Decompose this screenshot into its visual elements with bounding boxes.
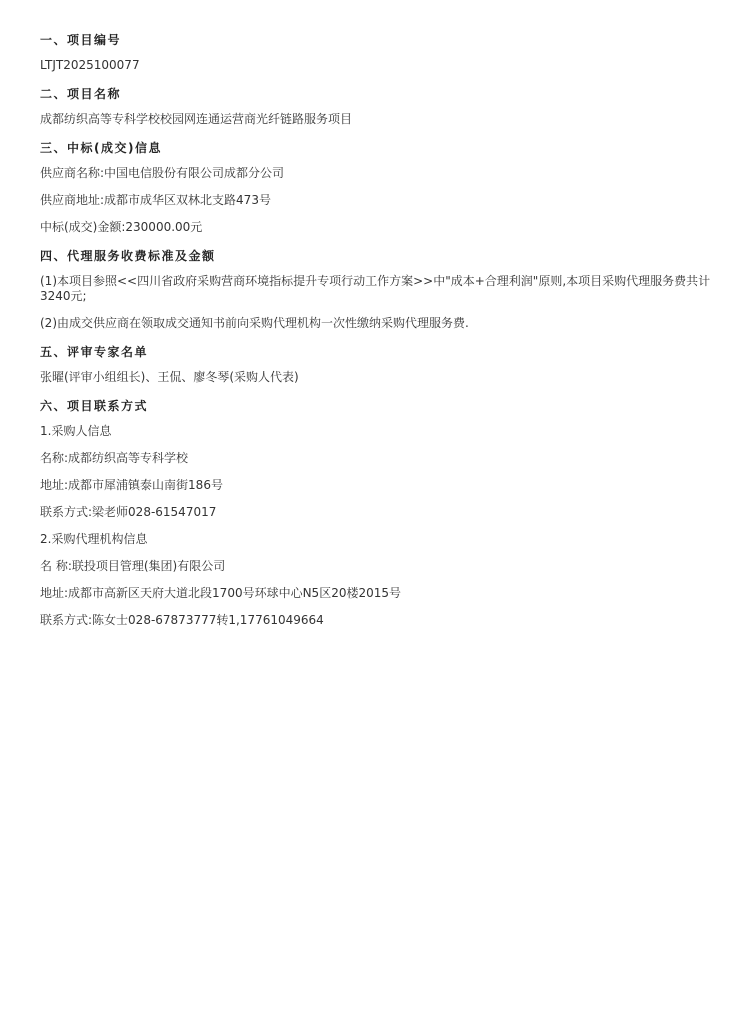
section-heading-project-name: 二、项目名称 <box>40 85 714 103</box>
section-heading-project-number: 一、项目编号 <box>40 31 714 49</box>
bid-amount: 中标(成交)金额:230000.00元 <box>40 220 714 235</box>
agency-title: 2.采购代理机构信息 <box>40 532 714 547</box>
agency-name: 名 称:联投项目管理(集团)有限公司 <box>40 559 714 574</box>
announcement-document: 一、项目编号 LTJT2025100077 二、项目名称 成都纺织高等专科学校校… <box>0 0 754 628</box>
supplier-address: 供应商地址:成都市成华区双林北支路473号 <box>40 193 714 208</box>
agency-contact: 联系方式:陈女士028-67873777转1,17761049664 <box>40 613 714 628</box>
purchaser-address: 地址:成都市犀浦镇泰山南街186号 <box>40 478 714 493</box>
purchaser-contact: 联系方式:梁老师028-61547017 <box>40 505 714 520</box>
agency-fee-item-2: (2)由成交供应商在领取成交通知书前向采购代理机构一次性缴纳采购代理服务费. <box>40 316 714 331</box>
agency-address: 地址:成都市高新区天府大道北段1700号环球中心N5区20楼2015号 <box>40 586 714 601</box>
purchaser-name: 名称:成都纺织高等专科学校 <box>40 451 714 466</box>
supplier-name: 供应商名称:中国电信股份有限公司成都分公司 <box>40 166 714 181</box>
section-heading-award-info: 三、中标(成交)信息 <box>40 139 714 157</box>
section-heading-experts: 五、评审专家名单 <box>40 343 714 361</box>
agency-fee-item-1: (1)本项目参照<<四川省政府采购营商环境指标提升专项行动工作方案>>中"成本+… <box>40 274 714 304</box>
section-heading-contacts: 六、项目联系方式 <box>40 397 714 415</box>
purchaser-title: 1.采购人信息 <box>40 424 714 439</box>
expert-list: 张曜(评审小组组长)、王侃、廖冬琴(采购人代表) <box>40 370 714 385</box>
section-heading-agency-fee: 四、代理服务收费标准及金额 <box>40 247 714 265</box>
project-name: 成都纺织高等专科学校校园网连通运营商光纤链路服务项目 <box>40 112 714 127</box>
project-number: LTJT2025100077 <box>40 58 714 73</box>
